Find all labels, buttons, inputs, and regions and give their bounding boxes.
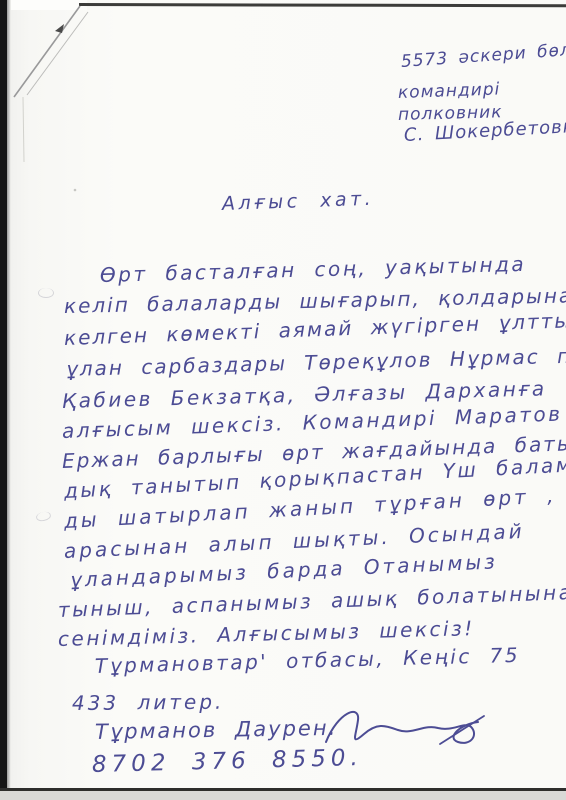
signature-name: Тұрманов Даурен.: [95, 716, 338, 744]
scanner-bottom-strip: [0, 791, 566, 800]
phone-number: 8702 376 8550.: [92, 745, 363, 778]
recipient-line: 5573 әскери бөлім: [400, 39, 566, 72]
fold-crease: [0, 0, 120, 200]
letter-title: Алғыс хат.: [222, 188, 375, 215]
body-line: Өрт басталған соң, уақытында: [100, 252, 527, 287]
closing-address-line: 433 литер.: [72, 690, 225, 715]
body-line: ұлан сарбаздары Төреқұлов Нұрмас пен: [66, 343, 566, 381]
recipient-line: командирі: [398, 79, 501, 103]
margin-smudge: [35, 511, 52, 523]
crease-arrow-mark: [55, 24, 64, 33]
margin-smudge: [38, 288, 54, 298]
scanned-letter-page: 5573 әскери бөлім командирі полковник С.…: [0, 0, 566, 800]
paper-top-edge: [79, 3, 566, 7]
